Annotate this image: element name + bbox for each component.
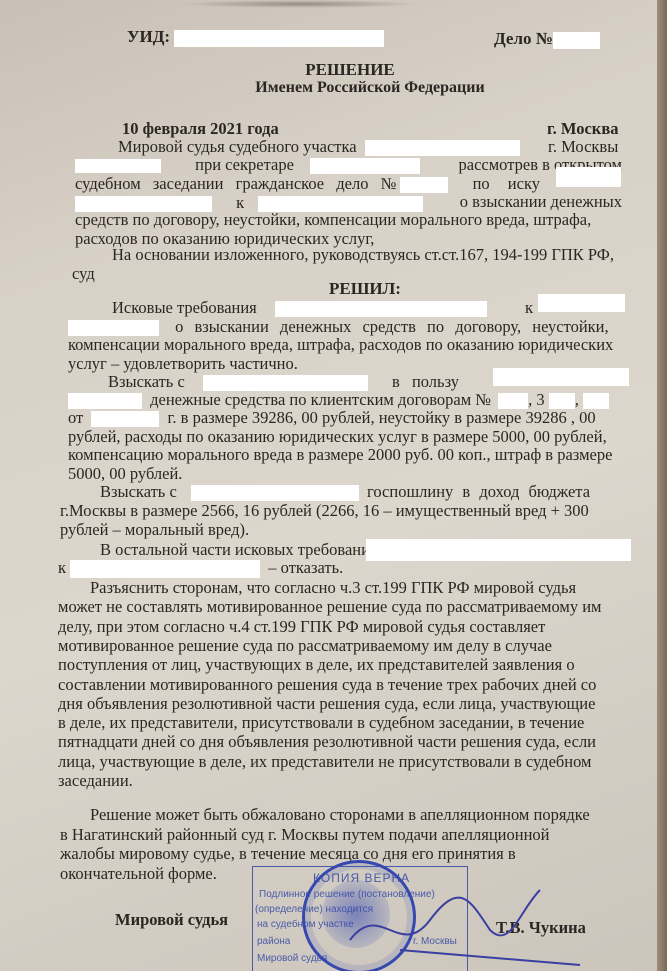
document-title: РЕШЕНИЕ (0, 60, 667, 80)
text: о взыскании денежных средств по договору… (175, 317, 609, 336)
text: в пользу (392, 372, 459, 391)
text: госпошлину в доход бюджета (367, 482, 590, 501)
text: Исковые требования (112, 298, 257, 317)
redacted-defendant-name (68, 320, 159, 336)
paragraph-line: мотивированное решение суда по рассматри… (58, 636, 552, 656)
decision-p2-line1: Взыскать с в пользу (108, 372, 459, 392)
text: судебном заседании гражданское дело № (75, 174, 396, 193)
redacted-contract-3 (583, 393, 609, 409)
paragraph-line: жалобы мировому судье, в течение месяца … (60, 844, 516, 864)
redacted-defendant (538, 294, 625, 312)
paragraph-line: составлении мотивированного решения суда… (58, 675, 596, 695)
redacted-plaintiff (556, 167, 621, 187)
text: по иску (473, 174, 540, 193)
paragraph-line: пятнадцати дней со дня объявления резолю… (58, 732, 596, 752)
signature-role: Мировой судья (115, 910, 228, 930)
text: от (68, 408, 83, 427)
decision-p3-line1: Взыскать с госпошлину в доход бюджета (100, 482, 590, 502)
intro-city: г. Москвы (548, 137, 618, 157)
text: г. в размере 39286, 00 рублей, неустойку… (168, 408, 596, 427)
text: компенсацию морального вреда в размере 2… (68, 445, 612, 465)
paragraph-line: Разъяснить сторонам, что согласно ч.3 ст… (90, 578, 576, 598)
text: Взыскать с (100, 482, 177, 501)
redacted-case-number-2 (400, 177, 448, 193)
stamp-text: района (257, 936, 290, 947)
decision-p4-line2: к – отказать. (58, 558, 343, 578)
paragraph-line: Решение может быть обжаловано сторонами … (90, 805, 590, 825)
redacted-plaintiff (366, 539, 631, 561)
decision-p4-line1: В остальной части исковых требований (100, 540, 379, 560)
intro-line-2: при секретаре (75, 155, 420, 175)
redacted-case-number (553, 32, 600, 49)
uid-row: УИД: (127, 27, 384, 47)
redacted-defendant (203, 375, 368, 391)
redacted-uid (174, 30, 384, 47)
redacted-plaintiff (275, 301, 487, 317)
document-subtitle: Именем Российской Федерации (0, 78, 667, 98)
redacted-secretary (310, 158, 420, 174)
redacted-contract-2 (549, 393, 575, 409)
paragraph-line: в деле, их представители, присутствовали… (58, 713, 584, 733)
text: рублей – моральный вред). (60, 520, 249, 540)
paragraph-line: окончательной форме. (60, 864, 217, 884)
redacted-plaintiff (493, 368, 629, 386)
paragraph-line: лица, участвующие в деле, их представите… (58, 752, 592, 772)
decision-city: г. Москва (547, 119, 618, 139)
redacted-judge (75, 159, 161, 173)
signature-scribble (340, 880, 590, 970)
text: рублей, расходы по оказанию юридических … (68, 427, 607, 447)
paper-shadow (180, 0, 420, 8)
text: Взыскать с (108, 372, 185, 391)
table-edge (657, 0, 667, 971)
redacted-court-area (365, 140, 520, 156)
text: о взыскании денежных (410, 192, 622, 212)
text: В остальной части исковых требований (100, 540, 379, 559)
case-row: Дело № (494, 29, 600, 49)
decision-p1-line1: Исковые требования к (112, 298, 533, 318)
decision-p1-line2: о взыскании денежных средств по договору… (68, 317, 609, 337)
redacted-defendant (191, 485, 359, 501)
uid-label: УИД: (127, 27, 170, 46)
intro-line-3: судебном заседании гражданское дело № по… (75, 174, 540, 194)
redacted-defendant (70, 560, 260, 578)
text: услуг – удовлетворить частично. (68, 354, 298, 374)
text: , 3 (528, 390, 545, 409)
text: компенсации морального вреда, штрафа, ра… (68, 335, 613, 355)
text: к (525, 298, 533, 317)
text: г.Москвы в размере 2566, 16 рублей (2266… (60, 501, 589, 521)
text: к (58, 558, 66, 577)
paragraph-line: дня объявления резолютивной части решени… (58, 694, 595, 714)
text: , (575, 390, 579, 409)
decision-date: 10 февраля 2021 года (122, 119, 279, 139)
redacted-contract-1 (498, 393, 528, 409)
redacted-contract-date (91, 411, 159, 427)
paragraph-line: заседании. (58, 771, 133, 791)
paragraph-line: делу, при этом согласно ч.4 ст.199 ГПК Р… (58, 617, 545, 637)
decision-p2-line3: от г. в размере 39286, 00 рублей, неусто… (68, 408, 596, 428)
intro-line-1: Мировой судья судебного участка (118, 137, 520, 157)
text: – отказать. (268, 558, 343, 577)
redacted-plaintiff-name (68, 393, 142, 409)
text: 5000, 00 рублей. (68, 464, 182, 484)
text: средств по договору, неустойки, компенса… (75, 210, 591, 230)
paragraph-line: может не составлять мотивированное решен… (58, 597, 602, 617)
text: Мировой судья судебного участка (118, 137, 357, 156)
text: денежные средства по клиентским договора… (150, 390, 491, 409)
text: На основании изложенного, руководствуясь… (112, 245, 614, 265)
paragraph-line: поступления от лиц, участвующих в деле, … (58, 655, 575, 675)
decision-p2-line2: денежные средства по клиентским договора… (68, 390, 609, 410)
case-label: Дело № (494, 29, 553, 48)
text: при секретаре (195, 155, 294, 174)
paragraph-line: в Нагатинский районный суд г. Москвы пут… (60, 825, 550, 845)
